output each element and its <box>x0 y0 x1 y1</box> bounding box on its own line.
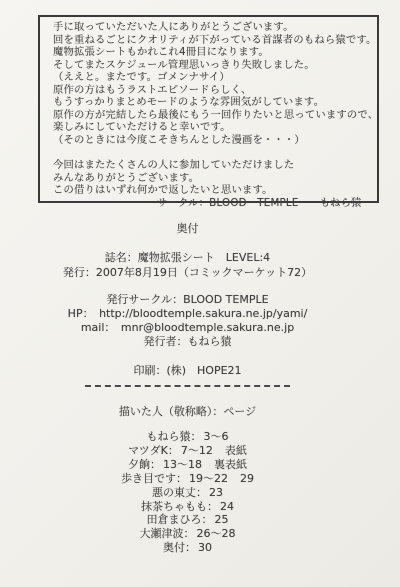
foreword-line: （ええと。またです。ゴメンナサイ） <box>53 71 371 84</box>
artist-pages: 7～12 <box>181 444 213 457</box>
foreword-line: 原作の方はもうラストエピソードらしく、 <box>53 84 371 97</box>
artist-name: 大瀬津波 <box>140 527 184 540</box>
artist-name: 夕餉 <box>128 458 150 471</box>
credit-separator: ： <box>185 541 196 554</box>
artist-pages: 30 <box>198 541 212 554</box>
credit-row: マツダK：7～12表紙 <box>0 444 375 458</box>
artist-note: 裏表紙 <box>214 458 247 471</box>
foreword-line: （そのときには今度こそきちんとした漫画を・・・） <box>53 134 371 147</box>
credit-separator: ： <box>150 458 161 471</box>
credit-row: 夕餉：13～18裏表紙 <box>0 458 375 472</box>
publisher-line: 発行者：もねら猿 <box>0 335 375 349</box>
artist-pages: 23 <box>209 486 223 499</box>
foreword-blank-line <box>53 146 371 159</box>
credit-row: 歩き目です：19～2229 <box>0 472 375 486</box>
foreword-line: 回を重ねるごとにクオリティが下がっている首謀者のもねら猿です。 <box>53 34 371 47</box>
artist-name: 田倉まひろ <box>147 513 202 526</box>
artist-name: 抹茶ちゃもも <box>141 500 207 513</box>
foreword-line: 手に取っていただいた人にありがとうございます。 <box>53 21 371 34</box>
circle-line: 発行サークル：BLOOD TEMPLE <box>0 293 375 307</box>
credit-row: 奥付：30 <box>0 541 375 555</box>
okuzuke-heading: 奥付 <box>0 220 375 236</box>
artist-pages: 13～18 <box>163 458 202 471</box>
issue-date-line: 発行：2007年8月19日（コミックマーケット72） <box>0 266 375 281</box>
credits-header: 描いた人（敬称略）：ページ <box>0 403 375 419</box>
foreword-line: そしてまたスケジュール管理思いっきり失敗しました。 <box>53 59 371 72</box>
artist-name: 悪の東丈 <box>152 486 196 499</box>
foreword-line: もうすっかりまとめモードのような雰囲気がしています。 <box>53 96 371 109</box>
artist-note: 表紙 <box>225 444 247 457</box>
credits-list: もねら猿：3～6 マツダK：7～12表紙 夕餉：13～18裏表紙 歩き目です：1… <box>0 430 375 555</box>
credit-row: 抹茶ちゃもも：24 <box>0 500 375 514</box>
foreword-line: 原作の方が完結したら最後にもう一回作りたいと思っていますので、 <box>53 109 371 122</box>
artist-pages: 3～6 <box>204 430 229 443</box>
colophon-page: 手に取っていただいた人にありがとうございます。 回を重ねるごとにクオリティが下が… <box>0 0 400 587</box>
credit-row: 大瀬津波：26～28 <box>0 527 375 541</box>
artist-pages: 24 <box>220 500 234 513</box>
credit-row: 悪の東丈：23 <box>0 486 375 500</box>
foreword-line: 楽しみにしていただけると幸いです。 <box>53 121 371 134</box>
credit-separator: ： <box>168 444 179 457</box>
credit-row: もねら猿：3～6 <box>0 430 375 444</box>
printer-line: 印刷：(株) HOPE21 <box>0 362 375 378</box>
artist-pages: 19～22 <box>189 472 228 485</box>
mail-line: mail： mnr@bloodtemple.sakura.ne.jp <box>0 321 375 335</box>
artist-name: 奥付 <box>163 541 185 554</box>
dashed-separator <box>85 385 290 387</box>
artist-note: 29 <box>240 472 254 485</box>
foreword-line: 今回はまたたくさんの人に参加していただけました <box>53 159 371 172</box>
credit-separator: ： <box>196 486 207 499</box>
artist-name: もねら猿 <box>147 430 191 443</box>
artist-name: マツダK <box>128 444 168 457</box>
artist-pages: 26～28 <box>197 527 236 540</box>
credit-separator: ： <box>202 513 213 526</box>
publisher-info-block: 発行サークル：BLOOD TEMPLE HP： http://bloodtemp… <box>0 293 375 349</box>
circle-signature: サークル：BLOOD TEMPLE もねら猿 <box>53 197 371 210</box>
homepage-line: HP： http://bloodtemple.sakura.ne.jp/yami… <box>0 307 375 321</box>
publication-title-block: 誌名：魔物拡張シート LEVEL:4 発行：2007年8月19日（コミックマーケ… <box>0 251 375 280</box>
artist-name: 歩き目です <box>121 472 176 485</box>
foreword-line: 魔物拡張シートもかれこれ4冊目になります。 <box>53 46 371 59</box>
credit-separator: ： <box>191 430 202 443</box>
credit-row: 田倉まひろ：25 <box>0 513 375 527</box>
foreword-line: この借りはいずれ何かで返したいと思います。 <box>53 184 371 197</box>
magazine-title-line: 誌名：魔物拡張シート LEVEL:4 <box>0 251 375 266</box>
foreword-line: みんなありがとうございます。 <box>53 172 371 185</box>
credit-separator: ： <box>184 527 195 540</box>
credit-separator: ： <box>207 500 218 513</box>
artist-pages: 25 <box>215 513 229 526</box>
credit-separator: ： <box>176 472 187 485</box>
foreword-box: 手に取っていただいた人にありがとうございます。 回を重ねるごとにクオリティが下が… <box>38 15 379 203</box>
